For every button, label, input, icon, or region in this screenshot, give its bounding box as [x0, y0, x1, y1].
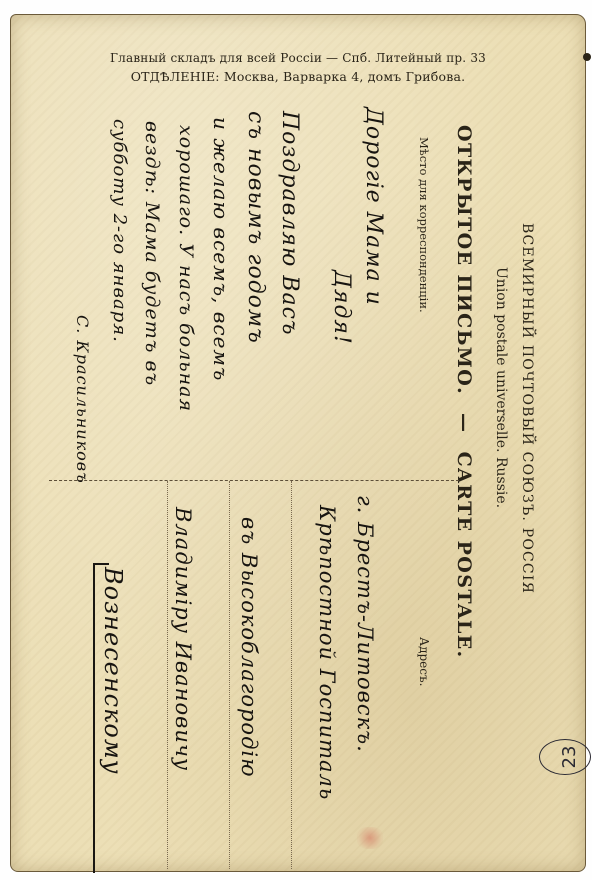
correspondence-label: Мѣсто для корреспонденціи.	[417, 137, 431, 313]
message-line: Дядя!	[329, 270, 354, 345]
title-ru: ОТКРЫТОЕ ПИСЬМО.	[453, 125, 475, 395]
address-dotted-line	[167, 481, 168, 869]
corner-mark	[583, 53, 591, 61]
red-stamp-mark	[357, 827, 383, 849]
message-line: Поздравляю Васъ	[277, 111, 302, 336]
address-line: Владиміру Ивановичу	[171, 507, 195, 771]
postcard: Главный складъ для всей Россіи — Спб. Ли…	[10, 14, 586, 872]
archive-number-circle: 23	[539, 739, 591, 775]
underline-stroke	[93, 563, 95, 873]
title-fr: CARTE POSTALE.	[453, 452, 475, 659]
message-line: вездѣ: Мама будетъ въ	[141, 121, 163, 386]
title-group: ОТКРЫТОЕ ПИСЬМО. — CARTE POSTALE.	[453, 125, 475, 659]
message-line: съ новымъ годомъ	[243, 111, 268, 344]
message-line: субботу 2-го января.	[109, 119, 130, 343]
address-line: въ Высокоблагородію	[237, 517, 261, 778]
message-line: хорошаго. У насъ больная	[175, 125, 197, 412]
address-label: Адресъ.	[417, 637, 431, 686]
address-dotted-line	[291, 481, 292, 869]
address-line: Вознесенскому	[99, 567, 127, 775]
address-dotted-line	[229, 481, 230, 869]
address-line: Крѣпостной Госпиталь	[315, 505, 339, 800]
publisher-line-1: Главный складъ для всей Россіи — Спб. Ли…	[11, 51, 585, 65]
address-line: г. Брестъ-Литовскъ.	[353, 495, 377, 753]
union-fr-text: Union postale universelle. Russie.	[493, 267, 509, 508]
archive-number: 23	[559, 740, 580, 774]
publisher-line-2: ОТДѢЛЕНІЕ: Москва, Варварка 4, домъ Гриб…	[11, 69, 585, 84]
union-ru-text: ВСЕМИРНЫЙ ПОЧТОВЫЙ СОЮЗЪ. РОССІЯ	[519, 223, 535, 594]
message-line: и желаю всемъ, всемъ	[209, 117, 233, 381]
divider-line	[49, 480, 459, 481]
message-signature: С. Красильниковъ	[73, 315, 92, 484]
title-separator: —	[453, 413, 475, 433]
message-line: Дорогіе Мама и	[361, 107, 386, 306]
